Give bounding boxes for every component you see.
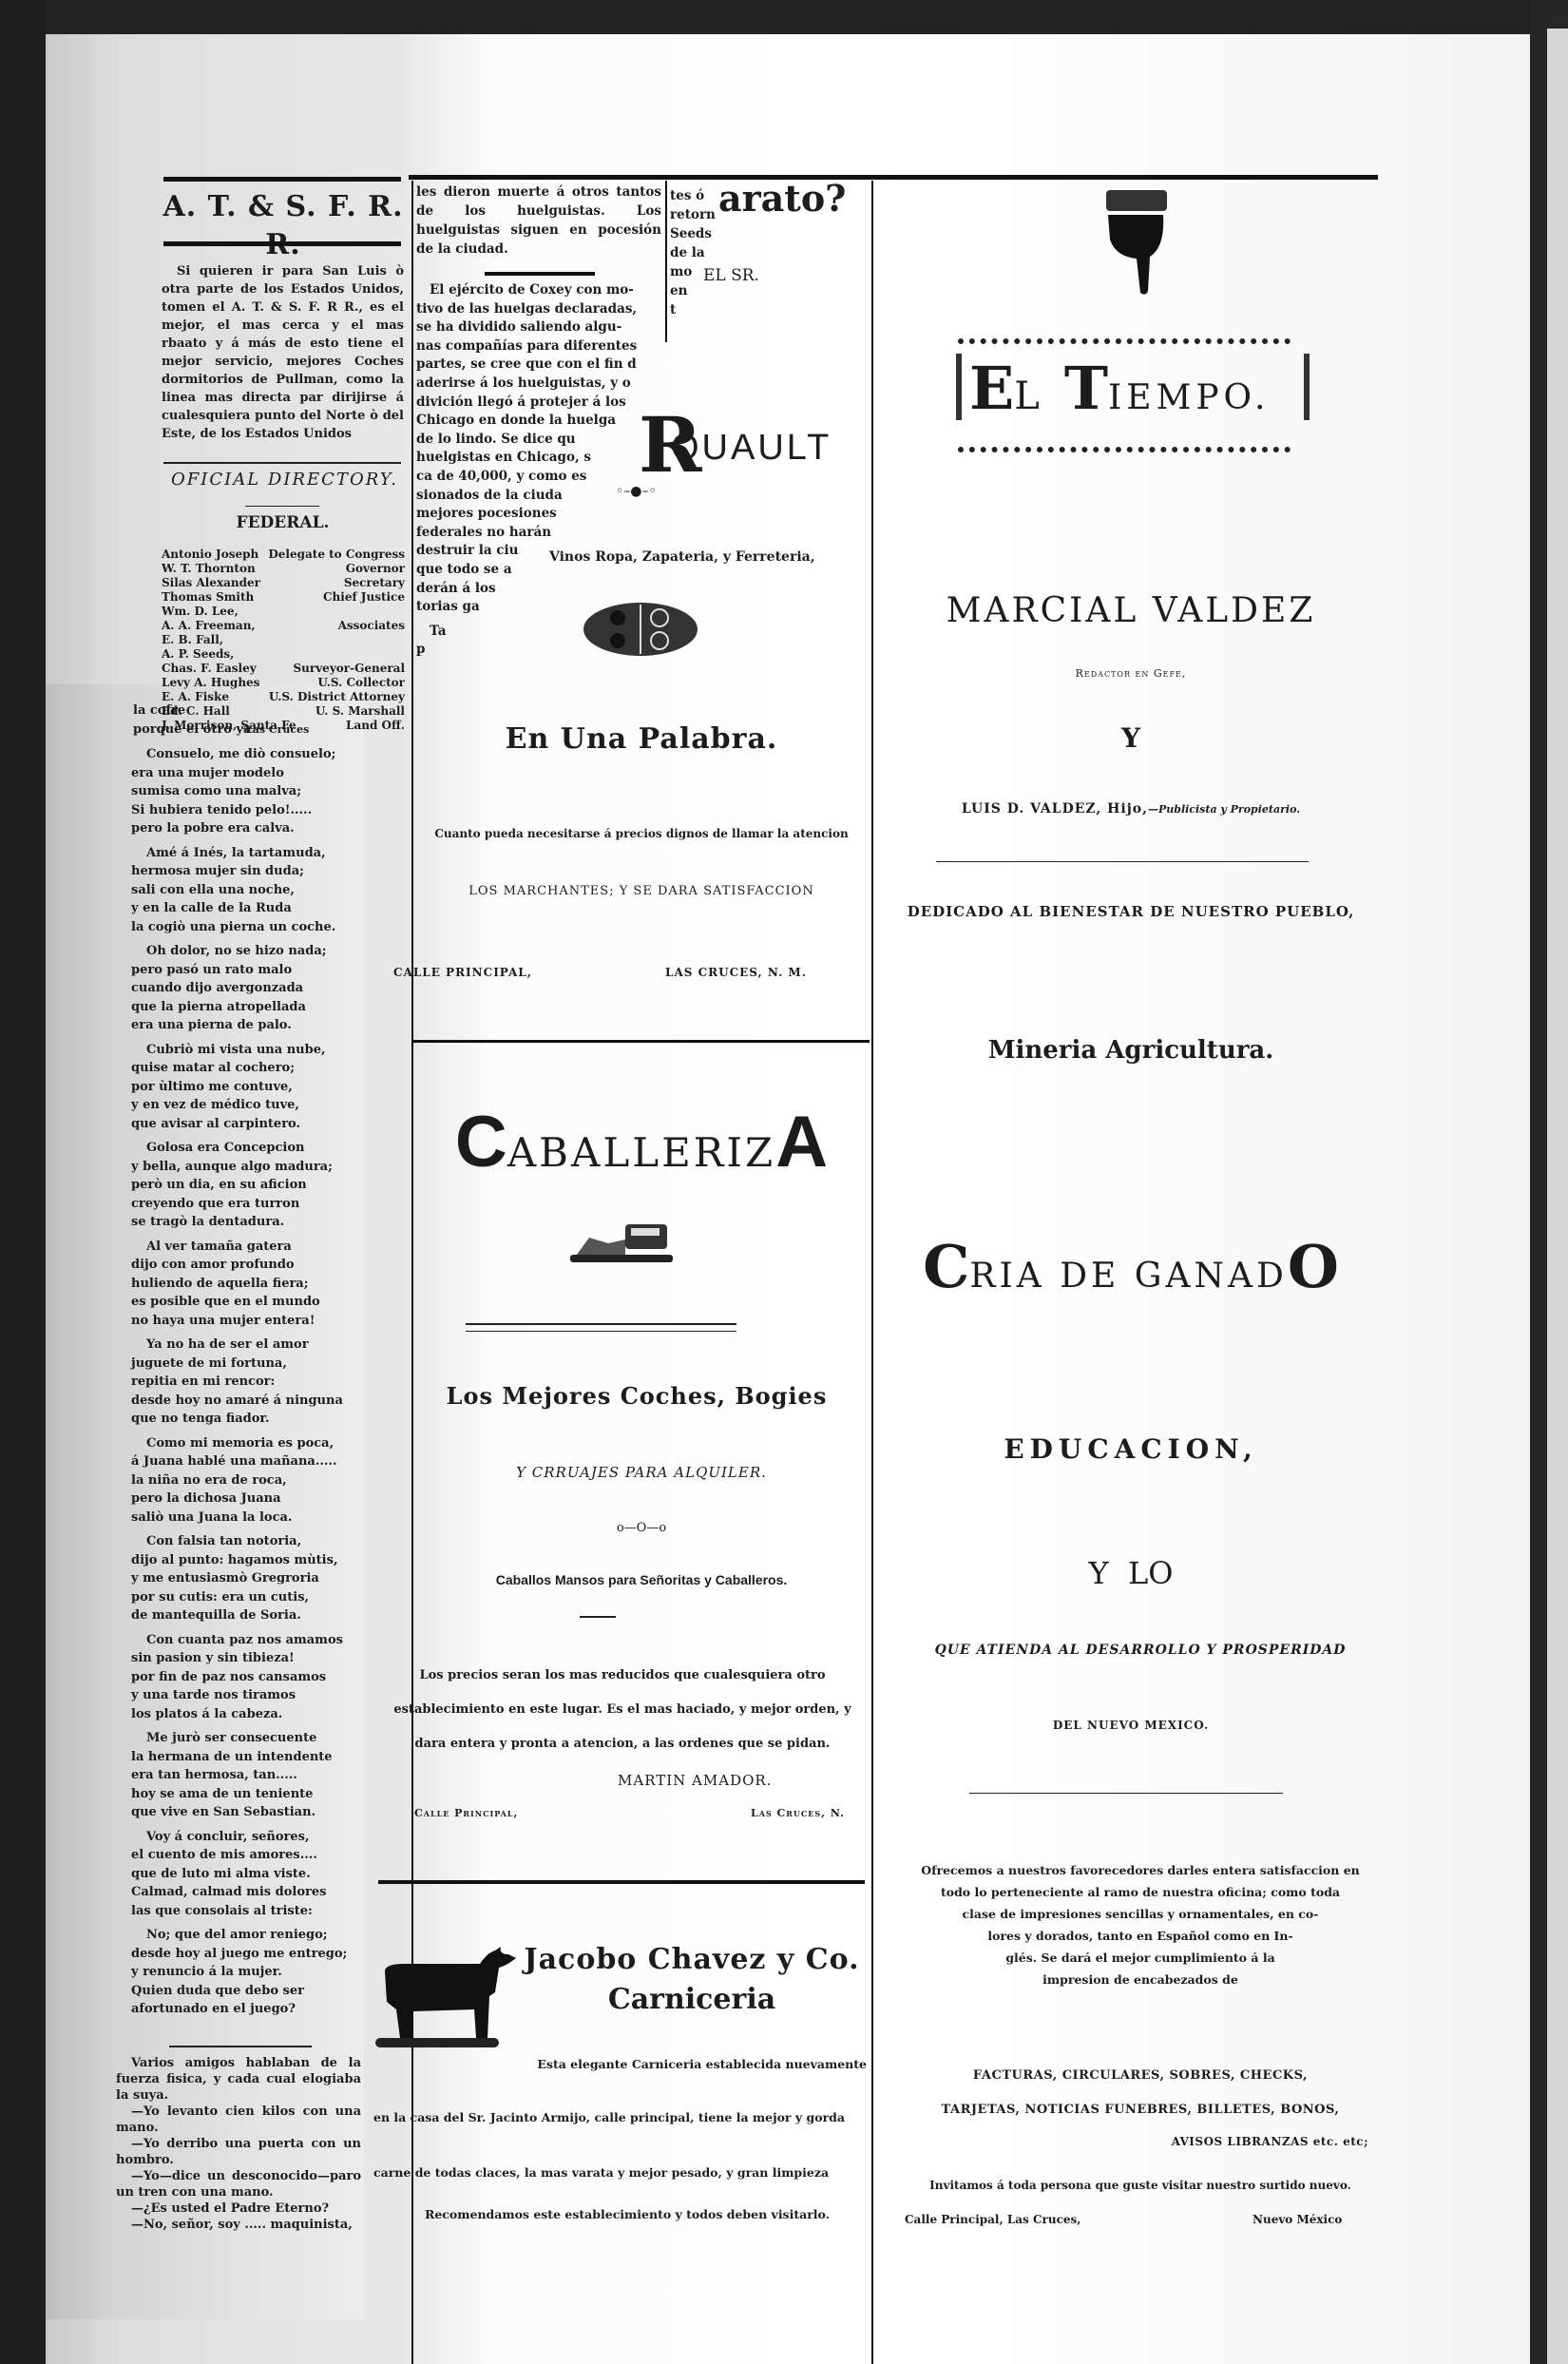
rule [163,462,401,464]
poem: Consuelo, me diò consuelo;era una mujer … [131,745,359,2025]
directory-row: E. B. Fall, [162,633,405,647]
rule [466,1331,736,1332]
caballeriza-body: Los precios seran los mas reducidos que … [385,1659,860,1761]
adjacent-page-strip [1547,29,1568,2364]
printing-offer: Ofrecemos a nuestros favorecedores darle… [903,1859,1378,1990]
poem-stanza: Consuelo, me diò consuelo;era una mujer … [131,745,359,838]
footer-territory: Nuevo México [1252,2211,1342,2229]
printing-products-1: FACTURAS, CIRCULARES, SOBRES, CHECKS, [903,2066,1378,2085]
palabra-title: En Una Palabra. [418,722,865,756]
directory-title: OFICIAL DIRECTORY. [163,470,406,490]
railroad-title: A. T. & S. F. R. R. [160,188,407,264]
poem-stanza: Amé á Inés, la tartamuda,hermosa mujer s… [131,844,359,937]
overlap-fragment: porque el otro ya [133,721,251,739]
poem-stanza: Ya no ha de ser el amorjuguete de mi for… [131,1336,359,1429]
poem-stanza: Voy á concluir, señores,el cuento de mis… [131,1828,359,1921]
directory-row: Chas. F. EasleySurveyor-General [162,662,405,676]
masthead-frame [1304,354,1310,420]
caballeriza-horses: Caballos Mansos para Señoritas y Caballe… [399,1572,884,1587]
carniceria-body-1: Esta elegante Carniceria establecida nue… [525,2055,867,2073]
publisher-line: LUIS D. VALDEZ, Hijo,—Publicista y Propi… [893,798,1368,817]
invitation: Invitamos á toda persona que guste visit… [903,2177,1378,2195]
caballeriza-proprietor: MARTIN AMADOR. [618,1772,772,1789]
topic-mineria: Mineria Agricultura. [893,1036,1368,1065]
anecdote: Varios amigos hablaban de la fuerza fisi… [116,2055,361,2233]
stagecoach-icon [570,1217,677,1264]
rule [163,241,401,246]
directory-list: Antonio JosephDelegate to Congress W. T.… [162,548,405,733]
rule [245,506,319,507]
poem-stanza: Oh dolor, no se hizo nada;pero pasó un r… [131,942,359,1035]
editor-role: Redactor en Gefe, [893,667,1368,680]
directory-row: A. A. Freeman,Associates [162,619,405,633]
poem-stanza: Golosa era Concepciony bella, aunque alg… [131,1139,359,1232]
directory-row: E. A. FiskeU.S. District Attorney [162,690,405,704]
ornament-small: ◦–●–◦ [616,484,657,499]
rule [466,1323,736,1325]
caballeriza-address-right: Las Cruces, N. [751,1804,845,1822]
directory-row: A. P. Seeds, [162,647,405,662]
conjunction: Y [893,722,1368,754]
directory-row: Levy A. HughesU.S. Collector [162,676,405,690]
carniceria-title: Carniceria [521,1983,863,2016]
carniceria-body-4: Recomendamos este establecimiento y todo… [418,2205,836,2223]
overlap-fragment: la cofre [133,702,185,720]
directory-row: Silas AlexanderSecretary [162,576,405,590]
overlap-fragment: Las Cruces [245,721,309,739]
top-rule [409,175,1378,180]
palabra-line1: Cuanto pueda necesitarse á precios digno… [418,825,865,843]
rouault-el-sr: EL SR. [703,266,759,285]
carniceria-body-3: carne de todas claces, la mas varata y m… [373,2163,868,2181]
ornament-divider: o—O—o [418,1521,865,1535]
directory-row: W. T. ThorntonGovernor [162,562,405,576]
rule [413,1040,870,1043]
palabra-line2: LOS MARCHANTES; Y SE DARA SATISFACCION [418,884,865,898]
poem-stanza: Como mi memoria es poca,á Juana hablé un… [131,1434,359,1528]
dedication: DEDICADO AL BIENESTAR DE NUESTRO PUEBLO, [884,903,1378,920]
carniceria-body-2: en la casa del Sr. Jacinto Armijo, calle… [373,2108,868,2126]
news-paragraph: les dieron muerte á otros tantos de los … [416,183,661,259]
rouault-goods: Vinos Ropa, Zapateria, y Ferreteria, [549,548,815,567]
poem-stanza: Cubriò mi vista una nube,quise matar al … [131,1041,359,1134]
directory-row: Ed. C. HallU. S. Marshall [162,704,405,719]
rule [378,1880,865,1884]
column-rule [871,181,873,2364]
floral-ornament-icon [580,599,701,660]
rule [169,2046,312,2047]
poem-stanza: No; que del amor reniego;desde hoy al ju… [131,1926,359,2019]
topic-cria-de-ganado: CRIA DE GANADO [893,1232,1368,1301]
masthead-frame [956,354,962,420]
caballeriza-subhead: Y CRRUAJES PARA ALQUILER. [418,1464,865,1481]
poem-stanza: Me jurò ser consecuentela hermana de un … [131,1729,359,1822]
caballeriza-title: CABALLERIZA [418,1101,865,1183]
carniceria-company: Jacobo Chavez y Co. [521,1943,863,1976]
editor-name: MARCIAL VALDEZ [893,591,1368,630]
rule [580,1616,616,1618]
rule [163,177,401,182]
palabra-address-left: CALLE PRINCIPAL, [393,964,532,982]
caballeriza-headline: Los Mejores Coches, Bogies [399,1382,874,1410]
poem-stanza: Con falsia tan notoria,dijo al punto: ha… [131,1532,359,1625]
poem-stanza: Al ver tamaña gateradijo con amor profun… [131,1238,359,1331]
directory-row: Thomas SmithChief Justice [162,590,405,605]
directory-row: Wm. D. Lee, [162,605,405,619]
bull-icon [375,1943,518,2057]
footer-address: Calle Principal, Las Cruces, [905,2211,1080,2229]
scan-top-border [0,0,1568,34]
el-tiempo-masthead: ELTIEMPO. [969,354,1302,423]
rule [969,1793,1283,1794]
topic-educacion: EDUCACION, [893,1433,1368,1465]
topic-nuevo-mexico: DEL NUEVO MEXICO. [893,1719,1368,1732]
directory-row: Antonio JosephDelegate to Congress [162,548,405,562]
printing-products-3: AVISOS LIBRANZAS etc. etc; [1121,2133,1368,2151]
printing-products-2: TARJETAS, NOTICIAS FUNEBRES, BILLETES, B… [912,2101,1368,2119]
topic-y-lo: Y LO [893,1555,1368,1591]
palabra-address-right: LAS CRUCES, N. M. [665,964,807,982]
rule [936,861,1309,862]
poem-stanza: Con cuanta paz nos amamossin pasion y si… [131,1631,359,1724]
pointing-hand-icon [1102,190,1171,297]
scan-left-border [0,0,46,2364]
railroad-body: Si quieren ir para San Luis ò otra parte… [162,262,404,443]
torn-fragment: tes óretornSeedsde lamoent [670,186,717,319]
caballeriza-address-left: Calle Principal, [414,1804,518,1822]
directory-section: FEDERAL. [162,513,404,532]
topic-desarrollo: QUE ATIENDA AL DESARROLLO Y PROSPERIDAD [884,1643,1397,1658]
rouault-headline: arato? [718,177,846,220]
rouault-name: OUAULT [671,428,832,469]
rule [485,272,595,276]
